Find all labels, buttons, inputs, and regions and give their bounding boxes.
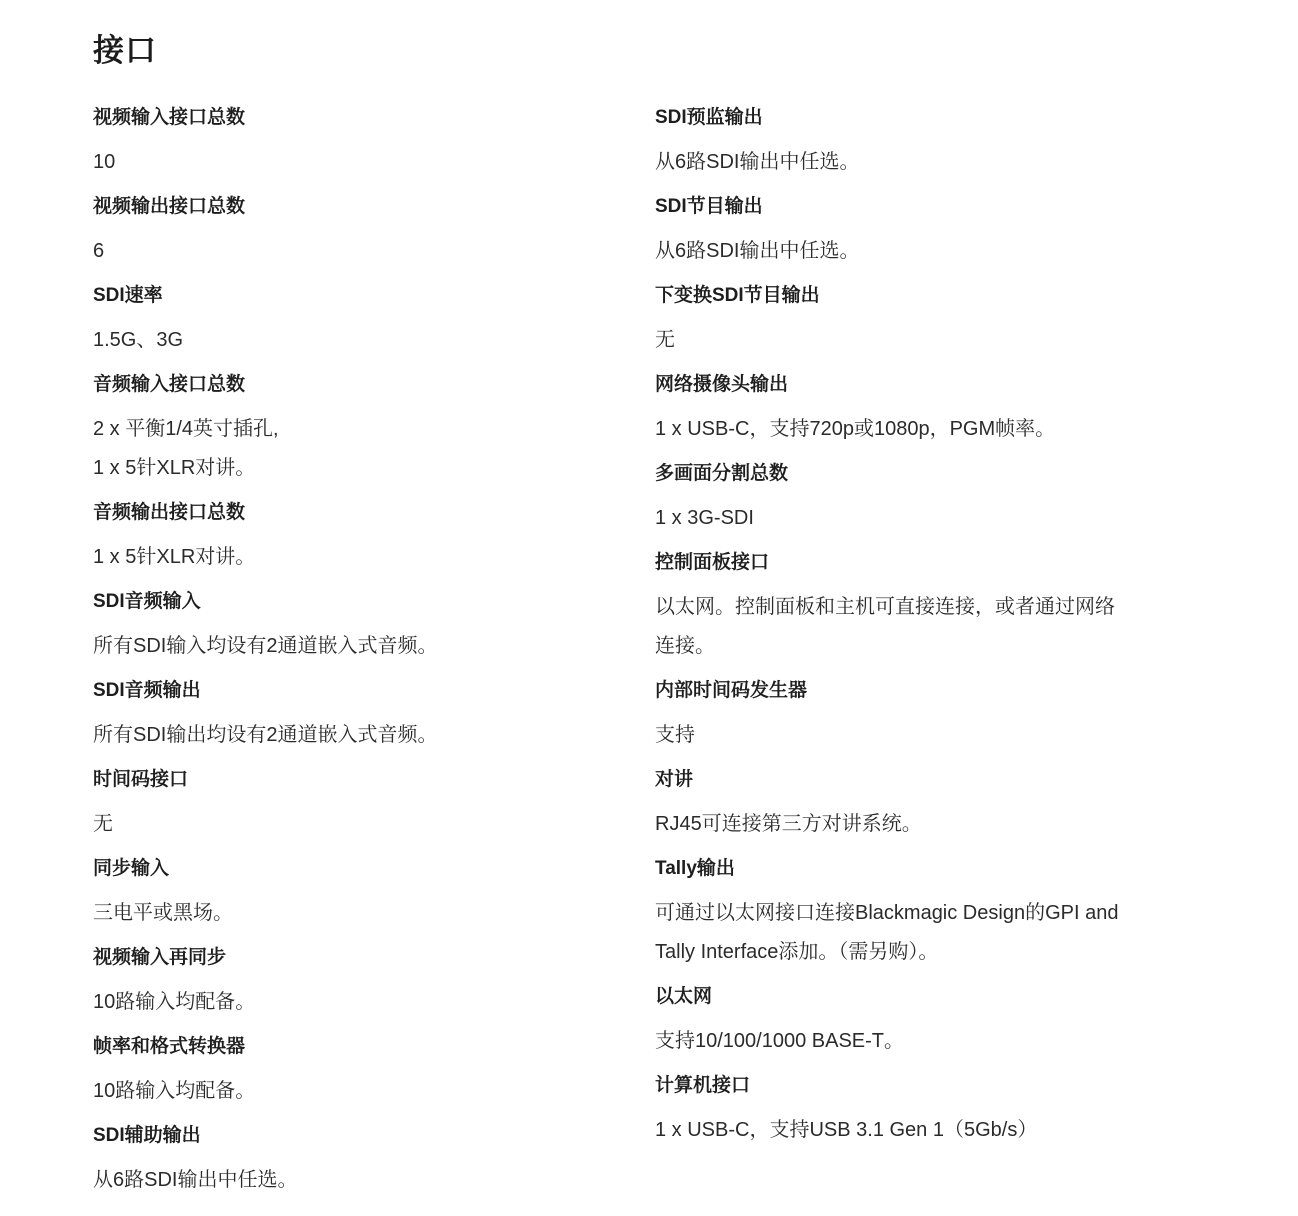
spec-value: 从6路SDI输出中任选。: [655, 232, 1235, 271]
spec-item-sdi-preview-output: SDI预监输出 从6路SDI输出中任选。: [655, 105, 1235, 182]
spec-label: Tally输出: [655, 856, 1235, 882]
spec-label: 网络摄像头输出: [655, 372, 1235, 398]
spec-value: 可通过以太网接口连接Blackmagic Design的GPI and Tall…: [655, 894, 1235, 972]
spec-value: 6: [93, 232, 655, 271]
spec-value: 1 x USB-C，支持720p或1080p，PGM帧率。: [655, 410, 1235, 449]
spec-item-sdi-rates: SDI速率 1.5G、3G: [93, 283, 655, 360]
spec-label: 音频输入接口总数: [93, 372, 655, 398]
spec-item-computer-interface: 计算机接口 1 x USB-C，支持USB 3.1 Gen 1（5Gb/s）: [655, 1073, 1235, 1150]
spec-item-downconverted-sdi-output: 下变换SDI节目输出 无: [655, 283, 1235, 360]
spec-item-sync-input: 同步输入 三电平或黑场。: [93, 856, 655, 933]
spec-label: 同步输入: [93, 856, 655, 882]
spec-value: 1.5G、3G: [93, 321, 655, 360]
spec-item-audio-inputs: 音频输入接口总数 2 x 平衡1/4英寸插孔, 1 x 5针XLR对讲。: [93, 372, 655, 488]
spec-label: 多画面分割总数: [655, 461, 1235, 487]
spec-label: 控制面板接口: [655, 550, 1235, 576]
spec-label: SDI速率: [93, 283, 655, 309]
spec-label: 音频输出接口总数: [93, 500, 655, 526]
spec-item-sdi-audio-output: SDI音频输出 所有SDI输出均设有2通道嵌入式音频。: [93, 678, 655, 755]
spec-value: 支持10/100/1000 BASE-T。: [655, 1022, 1235, 1061]
spec-item-multiview-outputs: 多画面分割总数 1 x 3G-SDI: [655, 461, 1235, 538]
spec-item-frame-rate-converter: 帧率和格式转换器 10路输入均配备。: [93, 1034, 655, 1111]
spec-label: 内部时间码发生器: [655, 678, 1235, 704]
spec-item-sdi-audio-input: SDI音频输入 所有SDI输入均设有2通道嵌入式音频。: [93, 589, 655, 666]
spec-item-tally-output: Tally输出 可通过以太网接口连接Blackmagic Design的GPI …: [655, 856, 1235, 972]
page-title: 接口: [93, 33, 1268, 69]
spec-label: SDI节目输出: [655, 194, 1235, 220]
spec-value: 2 x 平衡1/4英寸插孔, 1 x 5针XLR对讲。: [93, 410, 655, 488]
spec-value: 1 x 3G-SDI: [655, 499, 1235, 538]
spec-value: 无: [655, 321, 1235, 360]
spec-label: SDI预监输出: [655, 105, 1235, 131]
spec-item-video-outputs: 视频输出接口总数 6: [93, 194, 655, 271]
spec-label: 时间码接口: [93, 767, 655, 793]
spec-item-internal-timecode-generator: 内部时间码发生器 支持: [655, 678, 1235, 755]
spec-item-ethernet: 以太网 支持10/100/1000 BASE-T。: [655, 984, 1235, 1061]
spec-page: 接口 视频输入接口总数 10 视频输出接口总数 6 SDI速率 1.5G、3G …: [0, 0, 1298, 1212]
spec-value: 10路输入均配备。: [93, 983, 655, 1022]
spec-label: SDI辅助输出: [93, 1123, 655, 1149]
spec-column-left: 视频输入接口总数 10 视频输出接口总数 6 SDI速率 1.5G、3G 音频输…: [93, 105, 655, 1212]
spec-label: 以太网: [655, 984, 1235, 1010]
spec-label: 视频输出接口总数: [93, 194, 655, 220]
spec-value: RJ45可连接第三方对讲系统。: [655, 805, 1235, 844]
spec-value: 1 x 5针XLR对讲。: [93, 538, 655, 577]
spec-value: 所有SDI输入均设有2通道嵌入式音频。: [93, 627, 655, 666]
spec-value: 无: [93, 805, 655, 844]
spec-value: 支持: [655, 716, 1235, 755]
spec-item-sdi-program-output: SDI节目输出 从6路SDI输出中任选。: [655, 194, 1235, 271]
spec-label: 对讲: [655, 767, 1235, 793]
spec-item-talkback: 对讲 RJ45可连接第三方对讲系统。: [655, 767, 1235, 844]
spec-label: 帧率和格式转换器: [93, 1034, 655, 1060]
spec-value: 以太网。控制面板和主机可直接连接，或者通过网络 连接。: [655, 588, 1235, 666]
spec-value: 从6路SDI输出中任选。: [93, 1161, 655, 1200]
spec-item-video-inputs: 视频输入接口总数 10: [93, 105, 655, 182]
spec-item-resync: 视频输入再同步 10路输入均配备。: [93, 945, 655, 1022]
spec-value: 所有SDI输出均设有2通道嵌入式音频。: [93, 716, 655, 755]
spec-label: 视频输入再同步: [93, 945, 655, 971]
spec-item-timecode: 时间码接口 无: [93, 767, 655, 844]
spec-label: SDI音频输入: [93, 589, 655, 615]
spec-item-audio-outputs: 音频输出接口总数 1 x 5针XLR对讲。: [93, 500, 655, 577]
spec-label: 下变换SDI节目输出: [655, 283, 1235, 309]
spec-value: 10路输入均配备。: [93, 1072, 655, 1111]
spec-column-right: SDI预监输出 从6路SDI输出中任选。 SDI节目输出 从6路SDI输出中任选…: [655, 105, 1235, 1162]
spec-item-control-panel-interface: 控制面板接口 以太网。控制面板和主机可直接连接，或者通过网络 连接。: [655, 550, 1235, 666]
spec-columns: 视频输入接口总数 10 视频输出接口总数 6 SDI速率 1.5G、3G 音频输…: [93, 105, 1268, 1212]
spec-label: 视频输入接口总数: [93, 105, 655, 131]
spec-value: 1 x USB-C，支持USB 3.1 Gen 1（5Gb/s）: [655, 1111, 1235, 1150]
spec-item-webcam-output: 网络摄像头输出 1 x USB-C，支持720p或1080p，PGM帧率。: [655, 372, 1235, 449]
spec-value: 三电平或黑场。: [93, 894, 655, 933]
spec-value: 10: [93, 143, 655, 182]
spec-label: 计算机接口: [655, 1073, 1235, 1099]
spec-value: 从6路SDI输出中任选。: [655, 143, 1235, 182]
spec-item-sdi-aux-output: SDI辅助输出 从6路SDI输出中任选。: [93, 1123, 655, 1200]
spec-label: SDI音频输出: [93, 678, 655, 704]
